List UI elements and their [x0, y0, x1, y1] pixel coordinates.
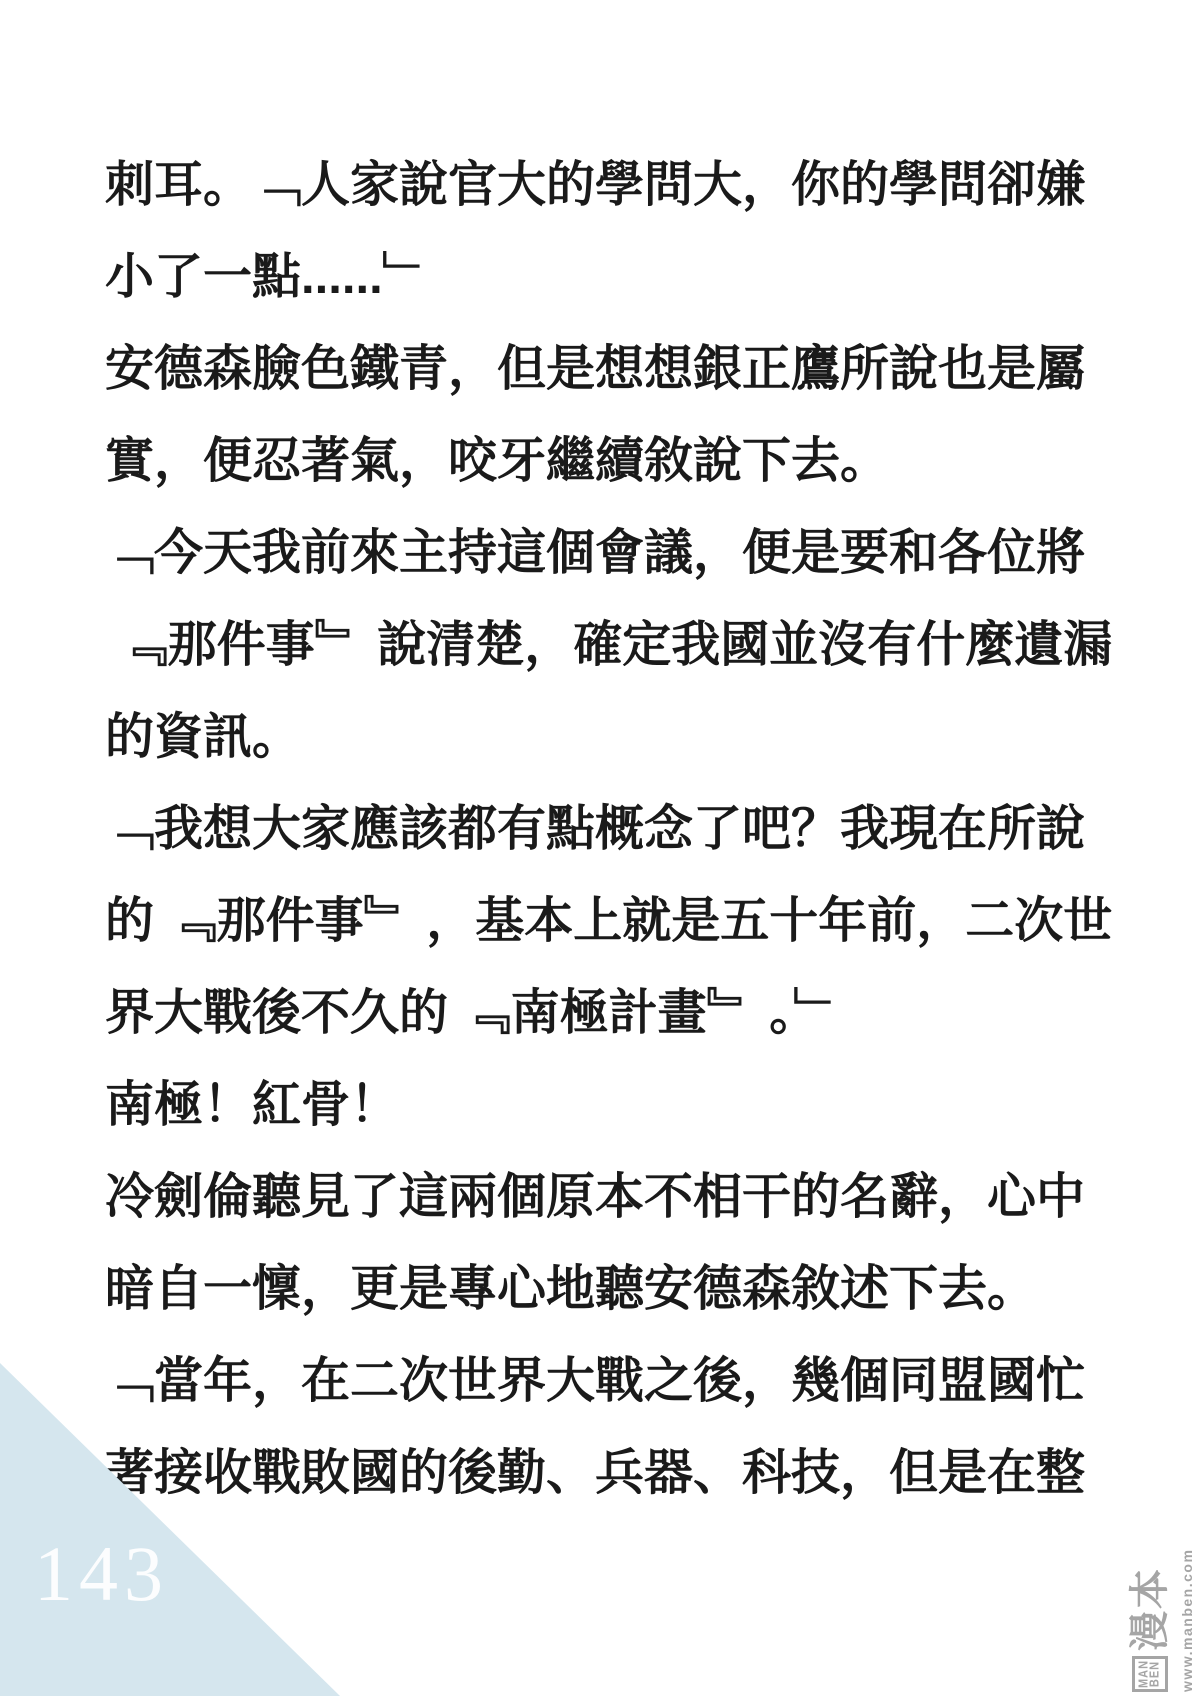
- text-line: ﹃那件事﹄ 說清楚，確定我國並沒有什麼遺漏: [105, 599, 1105, 691]
- text-line: 的 ﹃那件事﹄ ，基本上就是五十年前，二次世: [105, 875, 1105, 967]
- text-line: 界大戰後不久的 ﹃南極計畫﹄ 。﹂: [105, 967, 1105, 1059]
- watermark-logo-latin-bottom: BEN: [1149, 1661, 1162, 1687]
- text-line: 冷劍倫聽見了這兩個原本不相干的名辭，心中: [105, 1151, 1105, 1243]
- text-line: 著接收戰敗國的後勤、兵器、科技，但是在整: [105, 1427, 1105, 1519]
- text-line: ﹁我想大家應該都有點概念了吧？我現在所說: [105, 783, 1105, 875]
- watermark-url: www.manben.com: [1180, 1542, 1194, 1692]
- text-line: ﹁當年，在二次世界大戰之後，幾個同盟國忙: [105, 1335, 1105, 1427]
- text-line: ﹁今天我前來主持這個會議，便是要和各位將: [105, 507, 1105, 599]
- page-number: 143: [34, 1528, 169, 1620]
- manben-logo-icon: MAN BEN: [1132, 1656, 1168, 1692]
- novel-text-block: 刺耳。﹁人家說官大的學問大，你的學問卻嫌 小了一點......﹂ 安德森臉色鐵青…: [105, 139, 1105, 1519]
- text-line: 小了一點......﹂: [105, 231, 1105, 323]
- text-line: 刺耳。﹁人家說官大的學問大，你的學問卻嫌: [105, 139, 1105, 231]
- text-line: 暗自一懍，更是專心地聽安德森敘述下去。: [105, 1243, 1105, 1335]
- watermark-logo-row: MAN BEN 漫本: [1130, 1542, 1170, 1692]
- text-line: 南極！紅骨！: [105, 1059, 1105, 1151]
- book-page: 刺耳。﹁人家說官大的學問大，你的學問卻嫌 小了一點......﹂ 安德森臉色鐵青…: [0, 0, 1200, 1696]
- watermark-logo-cjk: 漫本: [1130, 1567, 1170, 1651]
- text-line: 實，便忍著氣，咬牙繼續敘說下去。: [105, 415, 1105, 507]
- site-watermark: MAN BEN 漫本 www.manben.com: [1130, 1542, 1194, 1692]
- text-line: 安德森臉色鐵青，但是想想銀正鷹所說也是屬: [105, 323, 1105, 415]
- text-line: 的資訊。: [105, 691, 1105, 783]
